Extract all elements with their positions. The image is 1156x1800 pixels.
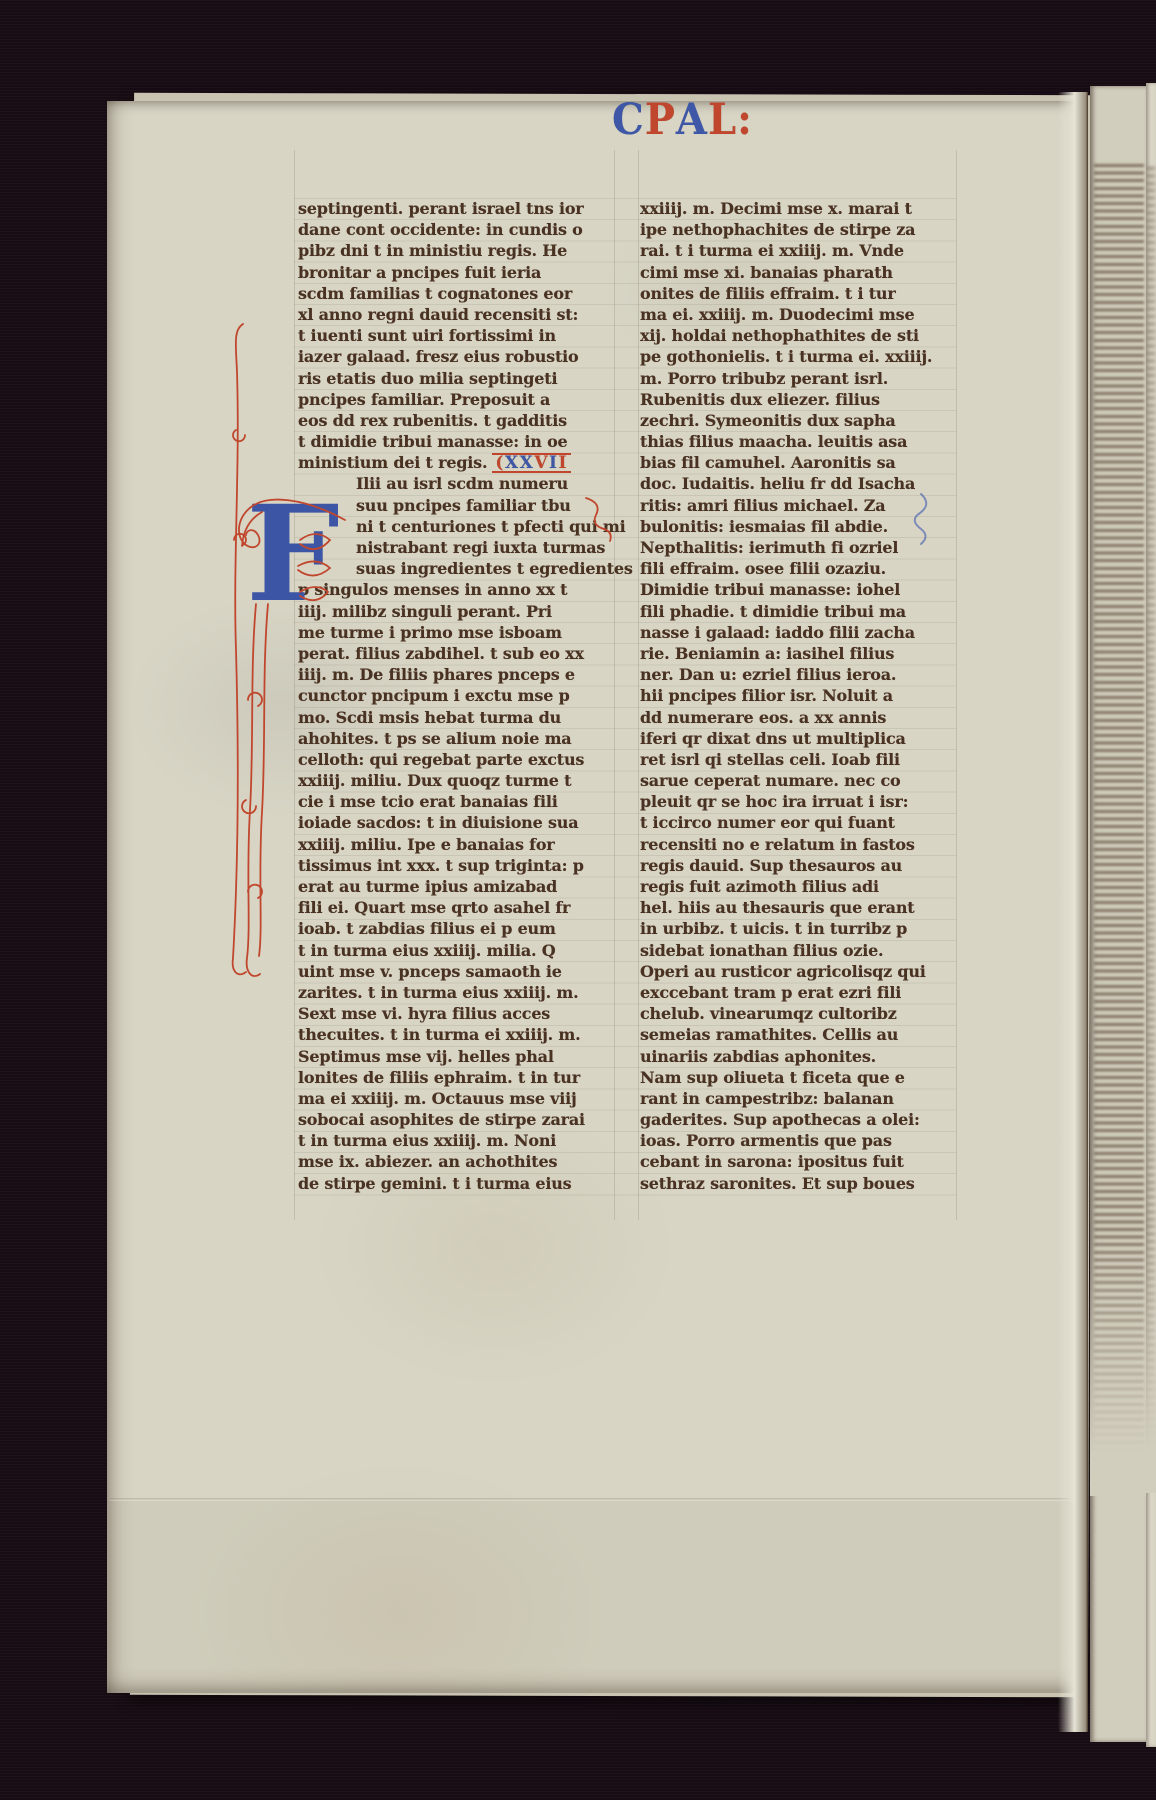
text-line: ipe nethophachites de stirpe za	[640, 219, 962, 240]
text-line: ioab. t zabdias filius ei p eum	[298, 918, 620, 939]
fore-edge-page-strip	[1090, 86, 1146, 1742]
title-letter: A	[676, 94, 708, 146]
text-line: eos dd rex rubenitis. t gadditis	[298, 410, 620, 431]
text-line: Nam sup oliueta t ficeta que e	[640, 1067, 962, 1088]
text-line: Septimus mse vij. helles phal	[298, 1046, 620, 1067]
text-line: ahohites. t ps se alium noie ma	[298, 728, 620, 749]
text-line: iiij. m. De filiis phares pnceps e	[298, 664, 620, 685]
text-line: me turme i primo mse isboam	[298, 622, 620, 643]
text-line: erat au turme ipius amizabad	[298, 876, 620, 897]
text-line: bronitar a pncipes fuit ieria	[298, 262, 620, 283]
text-line: zarites. t in turma eius xxiiij. m.	[298, 982, 620, 1003]
text-line: mse ix. abiezer. an achothites	[298, 1151, 620, 1172]
text-line: cebant in sarona: ipositus fuit	[640, 1151, 962, 1172]
text-line: mo. Scdi msis hebat turma du	[298, 707, 620, 728]
text-line: ritis: amri filius michael. Za	[640, 495, 962, 516]
text-line: t in turma eius xxiiij. milia. Q	[298, 940, 620, 961]
text-line: bias fil camuhel. Aaronitis sa	[640, 452, 962, 473]
text-line: in urbibz. t uicis. t in turribz p	[640, 918, 962, 939]
text-line: Dimidie tribui manasse: iohel	[640, 579, 962, 600]
text-line: cimi mse xi. banaias pharath	[640, 262, 962, 283]
text-line: rie. Beniamin a: iasihel filius	[640, 643, 962, 664]
text-line: fili effraim. osee filii ozaziu.	[640, 558, 962, 579]
text-line: sobocai asophites de stirpe zarai	[298, 1109, 620, 1130]
rubric-letter: V	[534, 453, 549, 473]
text-line: pibz dni t in ministiu regis. He	[298, 240, 620, 261]
text-line: fili phadie. t dimidie tribui ma	[640, 601, 962, 622]
text-line: Rubenitis dux eliezer. filius	[640, 389, 962, 410]
rubric-line: ministium dei t regis.(XXVII	[298, 452, 620, 473]
text-line: Ilii au isrl scdm numeru	[356, 473, 620, 494]
text-line: fili ei. Quart mse qrto asahel fr	[298, 897, 620, 918]
text-line: cie i mse tcio erat banaias fili	[298, 791, 620, 812]
text-line: iferi qr dixat dns ut multiplica	[640, 728, 962, 749]
rubric-letters: XXVII	[505, 453, 568, 473]
manuscript-photo: { "colors": { "ink": "#4a3222", "rubric_…	[0, 0, 1156, 1800]
vertical-ruling-line	[638, 150, 639, 1220]
text-line: t in turma eius xxiiij. m. Noni	[298, 1130, 620, 1151]
text-line: lonites de filiis ephraim. t in tur	[298, 1067, 620, 1088]
fore-edge-page-strip-outer	[1146, 83, 1156, 1747]
page-lower-shading	[109, 1501, 1075, 1691]
text-line: scdm familias t cognatones eor	[298, 283, 620, 304]
text-line: pe gothonielis. t i turma ei. xxiiij.	[640, 346, 962, 367]
text-line: ma ei. xxiiij. m. Duodecimi mse	[640, 304, 962, 325]
running-title: CPAL:	[612, 96, 753, 146]
fore-edge-fade	[1090, 1236, 1146, 1496]
text-line: gaderites. Sup apothecas a olei:	[640, 1109, 962, 1130]
text-line: regis fuit azimoth filius adi	[640, 876, 962, 897]
text-line: pncipes familiar. Preposuit a	[298, 389, 620, 410]
text-line: sethraz saronites. Et sup boues	[640, 1173, 962, 1194]
text-line: sidebat ionathan filius ozie.	[640, 940, 962, 961]
text-line: uinariis zabdias aphonites.	[640, 1046, 962, 1067]
text-line: bulonitis: iesmaias fil abdie.	[640, 516, 962, 537]
title-letter: C	[612, 94, 645, 146]
rubric-letter: X	[520, 453, 535, 473]
text-line: chelub. vinearumqz cultoribz	[640, 1003, 962, 1024]
text-line: rant in campestribz: balanan	[640, 1088, 962, 1109]
text-line: exccebant tram p erat ezri fili	[640, 982, 962, 1003]
text-line: rai. t i turma ei xxiiij. m. Vnde	[640, 240, 962, 261]
text-line: iiij. milibz singuli perant. Pri	[298, 601, 620, 622]
title-letter: :	[737, 94, 753, 146]
rubric-letter: X	[505, 453, 520, 473]
text-line: perat. filius zabdihel. t sub eo xx	[298, 643, 620, 664]
chapter-number-rubric: (XXVII	[492, 453, 571, 473]
text-line: tissimus int xxx. t sup triginta: p	[298, 855, 620, 876]
text-line: semeias ramathites. Cellis au	[640, 1024, 962, 1045]
text-column-b: xxiiij. m. Decimi mse x. marai tipe neth…	[640, 198, 962, 1194]
page-fold-edge	[1058, 92, 1088, 1732]
text-line: iazer galaad. fresz eius robustio	[298, 346, 620, 367]
text-line: onites de filiis effraim. t i tur	[640, 283, 962, 304]
text-line: ioas. Porro armentis que pas	[640, 1130, 962, 1151]
text-line: suas ingredientes t egredientes	[356, 558, 620, 579]
text-line: zechri. Symeonitis dux sapha	[640, 410, 962, 431]
text-line: Nepthalitis: ierimuth fi ozriel	[640, 537, 962, 558]
text-line: nasse i galaad: iaddo filii zacha	[640, 622, 962, 643]
text-line: hel. hiis au thesauris que erant	[640, 897, 962, 918]
text-line: ni t centuriones t pfecti qui mi	[356, 516, 620, 537]
text-line: doc. Iudaitis. heliu fr dd Isacha	[640, 473, 962, 494]
text-line: ma ei xxiiij. m. Octauus mse viij	[298, 1088, 620, 1109]
column-a-block-1: septingenti. perant israel tns iordane c…	[298, 198, 620, 452]
text-line: cunctor pncipum i exctu mse p	[298, 685, 620, 706]
rubric-line-text: ministium dei t regis.	[298, 453, 487, 472]
title-letter: L	[708, 94, 737, 146]
text-line: p singulos menses in anno xx t	[298, 579, 620, 600]
text-line: sarue ceperat numare. nec co	[640, 770, 962, 791]
text-line: ner. Dan u: ezriel filius ieroa.	[640, 664, 962, 685]
text-line: de stirpe gemini. t i turma eius	[298, 1173, 620, 1194]
text-line: nistrabant regi iuxta turmas	[356, 537, 620, 558]
text-line: pleuit qr se hoc ira irruat i isr:	[640, 791, 962, 812]
text-line: ris etatis duo milia septingeti	[298, 368, 620, 389]
column-a-beside-initial: Ilii au isrl scdm numerusuu pncipes fami…	[298, 473, 620, 579]
text-line: suu pncipes familiar tbu	[356, 495, 620, 516]
text-line: thias filius maacha. leuitis asa	[640, 431, 962, 452]
text-line: t iuenti sunt uiri fortissimi in	[298, 325, 620, 346]
text-line: t iccirco numer eor qui fuant	[640, 812, 962, 833]
text-line: hii pncipes filior isr. Noluit a	[640, 685, 962, 706]
text-line: m. Porro tribubz perant isrl.	[640, 368, 962, 389]
text-line: Sext mse vi. hyra filius acces	[298, 1003, 620, 1024]
text-column-a: septingenti. perant israel tns iordane c…	[298, 198, 620, 1194]
text-line: ret isrl qi stellas celi. Ioab fili	[640, 749, 962, 770]
text-line: dd numerare eos. a xx annis	[640, 707, 962, 728]
text-line: uint mse v. pnceps samaoth ie	[298, 961, 620, 982]
text-line: ioiade sacdos: t in diuisione sua	[298, 812, 620, 833]
text-line: septingenti. perant israel tns ior	[298, 198, 620, 219]
title-letter: P	[645, 94, 676, 146]
column-a-block-2: p singulos menses in anno xx tiiij. mili…	[298, 579, 620, 1193]
text-line: xij. holdai nethophathites de sti	[640, 325, 962, 346]
text-line: recensiti no e relatum in fastos	[640, 834, 962, 855]
text-line: xxiiij. miliu. Ipe e banaias for	[298, 834, 620, 855]
text-line: dane cont occidente: in cundis o	[298, 219, 620, 240]
vertical-ruling-line	[294, 150, 295, 1220]
text-line: t dimidie tribui manasse: in oe	[298, 431, 620, 452]
text-line: Operi au rusticor agricolisqz qui	[640, 961, 962, 982]
text-line: xxiiij. miliu. Dux quoqz turme t	[298, 770, 620, 791]
text-line: regis dauid. Sup thesauros au	[640, 855, 962, 876]
text-line: thecuites. t in turma ei xxiiij. m.	[298, 1024, 620, 1045]
text-line: xxiiij. m. Decimi mse x. marai t	[640, 198, 962, 219]
rubric-letter: I	[558, 453, 567, 473]
rubric-paraph: (	[495, 453, 505, 473]
text-line: celloth: qui regebat parte exctus	[298, 749, 620, 770]
fore-edge-fade	[1146, 1233, 1156, 1493]
text-line: xl anno regni dauid recensiti st:	[298, 304, 620, 325]
